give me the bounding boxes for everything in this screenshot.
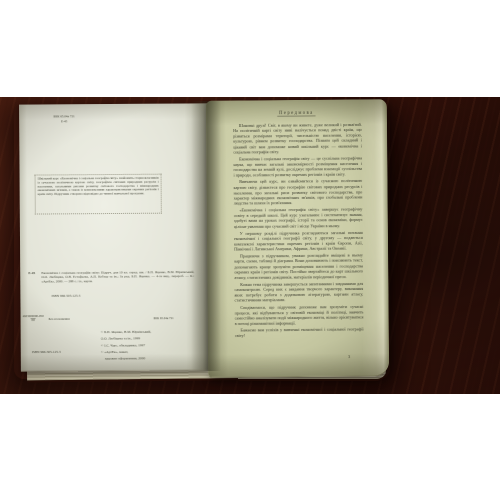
print-code-block: 4603000000-050 00 (23, 314, 49, 326)
preface-body: Шановні друзі! Світ, в якому ви живете, … (233, 122, 364, 361)
bbk-top-block: ББК 65.04я 721 Е-45 (43, 114, 85, 128)
bbk-bottom-code: ББК 65.04я 721 (154, 316, 196, 323)
copyright-lines: © Б.П. Яценко, В.М. Юрківський,О.О. Любі… (101, 328, 207, 362)
preface-paragraph: Шановні друзі! Світ, в якому ви живете, … (233, 122, 362, 155)
preface-paragraph: У першому розділі підручника розглядають… (234, 230, 363, 252)
catalog-code: Е-45 (28, 272, 42, 280)
isbn-bottom: ISBN 966-505-125-3 (32, 350, 92, 357)
book-photo: ББК 65.04я 721 Е-45 Шкільний курс «Еконо… (0, 97, 500, 394)
preface-paragraphs: Шановні друзі! Світ, в якому ви живете, … (233, 122, 364, 338)
screenshot: ББК 65.04я 721 Е-45 Шкільний курс «Еконо… (0, 0, 500, 500)
annotation-text: Шкільний курс «Економічна і соціальна ге… (36, 175, 161, 198)
page-number: 3 (348, 354, 358, 362)
author-sign-code: Е-45 (43, 119, 85, 124)
preface-paragraph: Працюючи з підручником, уважно розглядай… (234, 253, 363, 281)
preface-paragraph: «Економічна і соціальна географія світу»… (234, 207, 363, 229)
print-code-fraction: 4603000000-050 00 (23, 315, 44, 322)
annotation-box: Шкільний курс «Економічна і соціальна ге… (35, 174, 162, 215)
copyright-line: художнє оформлення, 2000 (101, 355, 207, 362)
preface-paragraph: Кожна тема підручника завершується запит… (234, 281, 363, 303)
preface-page: Передмова Шановні друзі! Світ, в якому в… (206, 99, 389, 378)
preface-title-text: Передмова (277, 110, 315, 117)
imprint-page: ББК 65.04я 721 Е-45 Шкільний курс «Еконо… (19, 103, 209, 371)
preface-paragraph: Вивчаючи цей курс, ви ознайомитеся із су… (233, 179, 362, 207)
preface-paragraph: Бажаємо вам успіхів у вивченні економічн… (235, 327, 364, 339)
catalog-entry: Економічна і соціальна географія світу: … (41, 270, 195, 293)
preface-paragraph: Сподіваємося, що підручник допоможе вам … (235, 304, 364, 326)
print-code-denominator: 00 (31, 318, 36, 322)
preface-paragraph: Економічна і соціальна географія світу —… (233, 156, 362, 178)
preface-title: Передмова (206, 109, 387, 116)
no-announcement-label: Без оголошення (49, 317, 83, 324)
preface-header-row: Передмова (206, 109, 387, 123)
copyright-block: © Б.П. Яценко, В.М. Юрківський,О.О. Любі… (101, 328, 207, 364)
catalog-isbn: ISBN 966-505-125-3 (51, 294, 111, 301)
